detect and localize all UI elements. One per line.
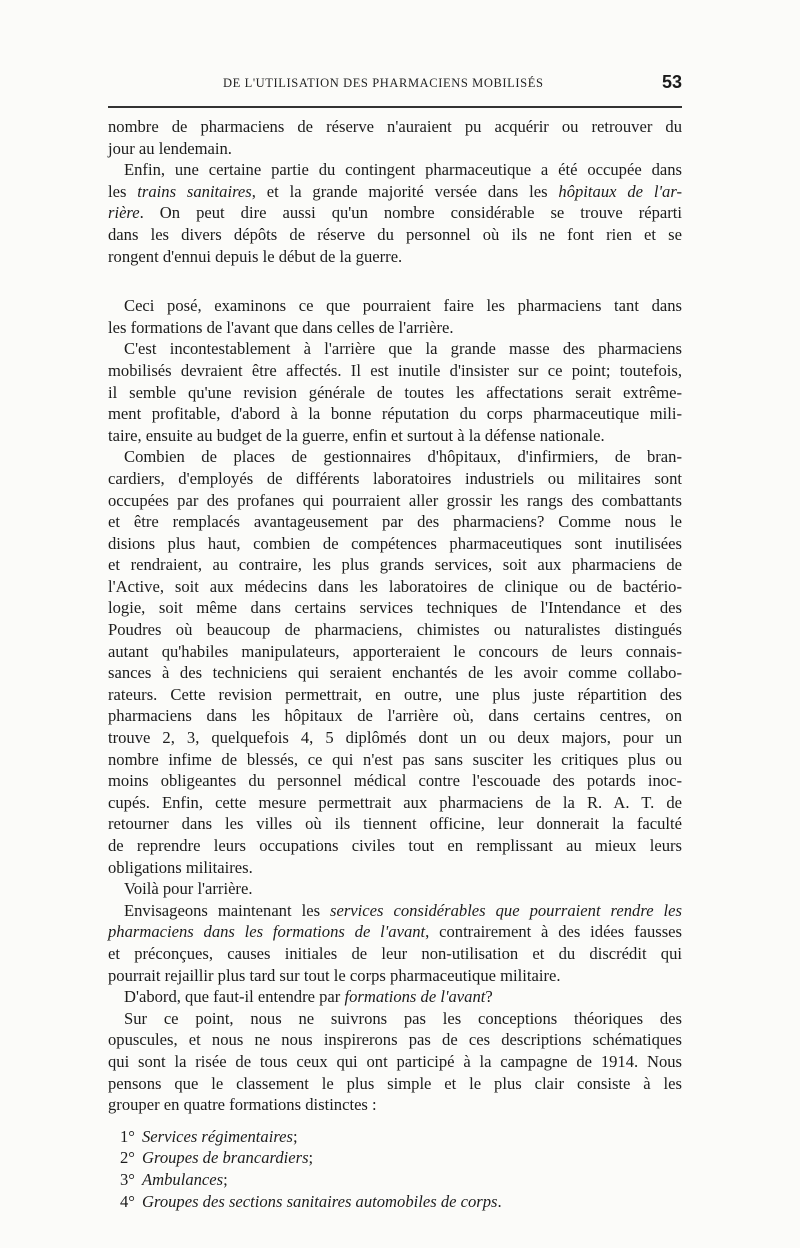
text-line: Combien de places de gestionnaires d'hôp… (108, 446, 682, 468)
list-text: Ambulances (142, 1170, 223, 1189)
paragraph: Enfin, une certaine partie du contingent… (108, 159, 682, 267)
text-line: Envisageons maintenant les services cons… (108, 900, 682, 922)
list-text: Groupes des sections sanitaires automobi… (142, 1192, 498, 1211)
list-item: 1°Services régimentaires; (120, 1126, 682, 1148)
running-title: DE L'UTILISATION DES PHARMACIENS MOBILIS… (223, 76, 544, 91)
text-line: Sur ce point, nous ne suivrons pas les c… (108, 1008, 682, 1030)
text-line: opuscules, et nous ne nous inspirerons p… (108, 1029, 682, 1051)
paragraph: C'est incontestablement à l'arrière que … (108, 338, 682, 446)
body-text: nombre de pharmaciens de réserve n'aurai… (108, 116, 682, 1212)
text-line: et être remplacés avantageusement par de… (108, 511, 682, 533)
page-number: 53 (662, 72, 682, 93)
text-line: pharmaciens dans les formations de l'ava… (108, 921, 682, 943)
text-line: il semble qu'une revision générale de to… (108, 382, 682, 404)
text-line: taire, ensuite au budget de la guerre, e… (108, 425, 682, 447)
text-line: les formations de l'avant que dans celle… (108, 317, 682, 339)
section-gap (108, 267, 682, 295)
list-text: Services régimentaires (142, 1127, 293, 1146)
paragraph: D'abord, que faut-il entendre par format… (108, 986, 682, 1008)
text-line: nombre infime de blessés, ce qui n'est p… (108, 749, 682, 771)
text-line: retourner dans les villes où ils tiennen… (108, 813, 682, 835)
list-number: 2° (120, 1147, 142, 1169)
text-line: et rendraient, au contraire, les plus gr… (108, 554, 682, 576)
text-line: dans les divers dépôts de réserve du per… (108, 224, 682, 246)
text-line: et préconçues, causes initiales de leur … (108, 943, 682, 965)
paragraph: Ceci posé, examinons ce que pourraient f… (108, 295, 682, 338)
paragraph: Voilà pour l'arrière. (108, 878, 682, 900)
text-line: trouve 2, 3, quelquefois 4, 5 diplômés d… (108, 727, 682, 749)
paragraph: Combien de places de gestionnaires d'hôp… (108, 446, 682, 878)
paragraph: Envisageons maintenant les services cons… (108, 900, 682, 986)
list-gap (108, 1116, 682, 1126)
text-line: C'est incontestablement à l'arrière que … (108, 338, 682, 360)
text-line: rongent d'ennui depuis le début de la gu… (108, 246, 682, 268)
text-line: Poudres où beaucoup de pharmaciens, chim… (108, 619, 682, 641)
text-line: cardiers, d'employés de différents labor… (108, 468, 682, 490)
text-line: logie, soit même dans certains services … (108, 597, 682, 619)
paragraph: nombre de pharmaciens de réserve n'aurai… (108, 116, 682, 159)
text-line: disions plus haut, combien de compétence… (108, 533, 682, 555)
text-line: pourrait rejaillir plus tard sur tout le… (108, 965, 682, 987)
text-line: mobilisés devraient être affectés. Il es… (108, 360, 682, 382)
text-line: rateurs. Cette revision permettrait, en … (108, 684, 682, 706)
text-line: Ceci posé, examinons ce que pourraient f… (108, 295, 682, 317)
text-line: cupés. Enfin, cette mesure permettrait a… (108, 792, 682, 814)
list-number: 1° (120, 1126, 142, 1148)
text-line: pharmaciens dans les hôpitaux de l'arriè… (108, 705, 682, 727)
text-line: Enfin, une certaine partie du contingent… (108, 159, 682, 181)
text-line: autant qu'habiles manipulateurs, apporte… (108, 641, 682, 663)
text-line: qui sont la risée de tous ceux qui ont p… (108, 1051, 682, 1073)
list-number: 3° (120, 1169, 142, 1191)
text-line: D'abord, que faut-il entendre par format… (108, 986, 682, 1008)
text-line: les trains sanitaires, et la grande majo… (108, 181, 682, 203)
header-rule (108, 106, 682, 108)
text-line: nombre de pharmaciens de réserve n'aurai… (108, 116, 682, 138)
list-item: 3°Ambulances; (120, 1169, 682, 1191)
text-line: l'Active, soit aux médecins dans les lab… (108, 576, 682, 598)
text-line: Voilà pour l'arrière. (108, 878, 682, 900)
formations-list: 1°Services régimentaires; 2°Groupes de b… (108, 1126, 682, 1212)
text-line: rière. On peut dire aussi qu'un nombre c… (108, 202, 682, 224)
text-line: ment profitable, d'abord à la bonne répu… (108, 403, 682, 425)
page-header: DE L'UTILISATION DES PHARMACIENS MOBILIS… (108, 72, 682, 96)
paragraph: Sur ce point, nous ne suivrons pas les c… (108, 1008, 682, 1116)
list-item: 2°Groupes de brancardiers; (120, 1147, 682, 1169)
text-line: de reprendre leurs occupations civiles t… (108, 835, 682, 857)
list-number: 4° (120, 1191, 142, 1213)
text-line: moins obligeantes du personnel médical c… (108, 770, 682, 792)
text-line: pensons que le classement le plus simple… (108, 1073, 682, 1095)
text-line: sances à des techniciens qui seraient en… (108, 662, 682, 684)
text-line: obligations militaires. (108, 857, 682, 879)
list-text: Groupes de brancardiers (142, 1148, 309, 1167)
text-line: jour au lendemain. (108, 138, 682, 160)
text-line: grouper en quatre formations distinctes … (108, 1094, 682, 1116)
list-item: 4°Groupes des sections sanitaires automo… (120, 1191, 682, 1213)
text-line: occupées par des profanes qui pourraient… (108, 490, 682, 512)
